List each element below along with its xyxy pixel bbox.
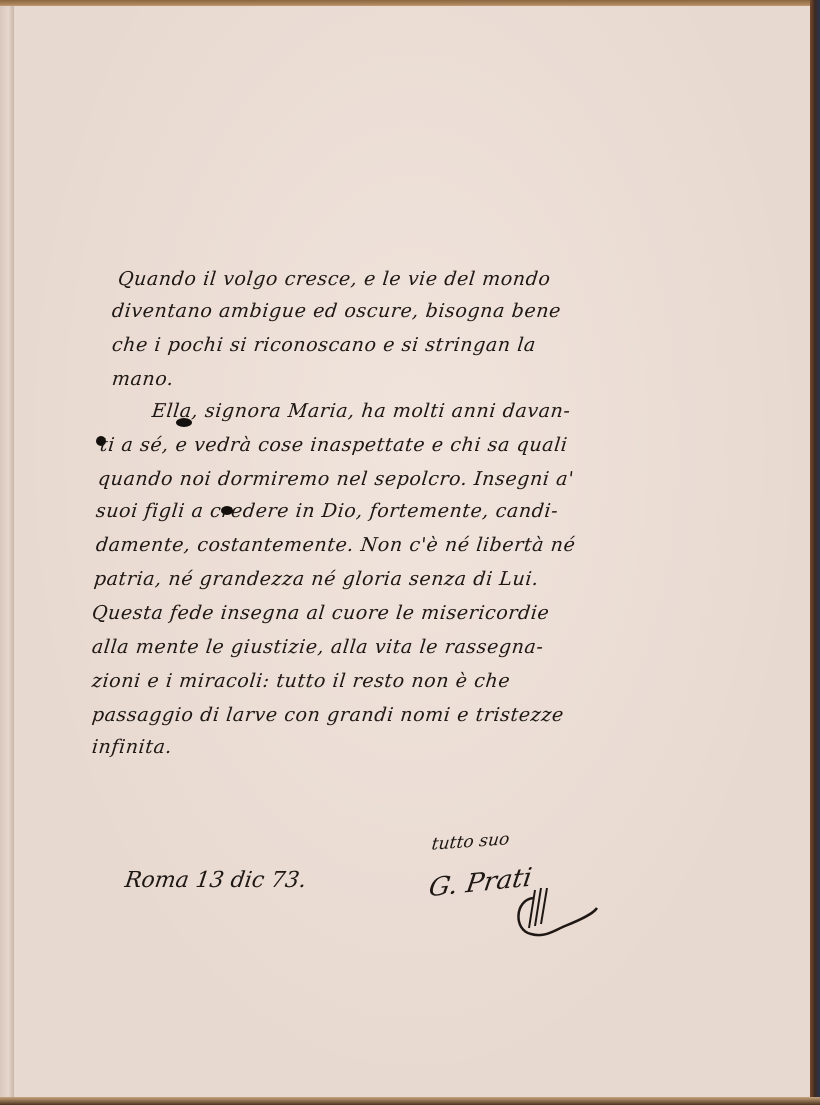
letter-content: Quando il volgo cresce, e le vie del mon… [0, 0, 820, 1105]
signature-flourish [505, 880, 605, 940]
body-line-2: diventano ambigue ed oscure, bisogna ben… [111, 300, 562, 322]
body-line-13: zioni e i miracoli: tutto il resto non è… [91, 670, 512, 692]
letter-closing: tutto suo [431, 829, 511, 854]
body-line-1: Quando il volgo cresce, e le vie del mon… [117, 268, 552, 290]
body-line-3: che i pochi si riconoscano e si stringan… [111, 334, 537, 356]
body-line-7: quando noi dormiremo nel sepolcro. Inseg… [97, 468, 575, 490]
body-line-4: mano. [111, 368, 175, 390]
body-line-9: damente, costantemente. Non c'è né liber… [95, 534, 577, 556]
body-line-5: Ella, signora Maria, ha molti anni davan… [151, 400, 572, 422]
body-line-10: patria, né grandezza né gloria senza di … [93, 568, 540, 590]
ink-blot [96, 436, 106, 446]
body-line-15: infinita. [91, 736, 173, 758]
body-line-6: ti a sé, e vedrà cose inaspettate e chi … [99, 434, 569, 456]
body-line-14: passaggio di larve con grandi nomi e tri… [91, 704, 565, 726]
body-line-11: Questa fede insegna al cuore le miserico… [91, 602, 551, 624]
ink-blot [176, 418, 192, 427]
ink-blot [221, 506, 233, 515]
body-line-12: alla mente le giustizie, alla vita le ra… [91, 636, 545, 658]
letter-date: Roma 13 dic 73. [123, 868, 308, 893]
body-line-8: suoi figli a credere in Dio, fortemente,… [95, 500, 560, 522]
